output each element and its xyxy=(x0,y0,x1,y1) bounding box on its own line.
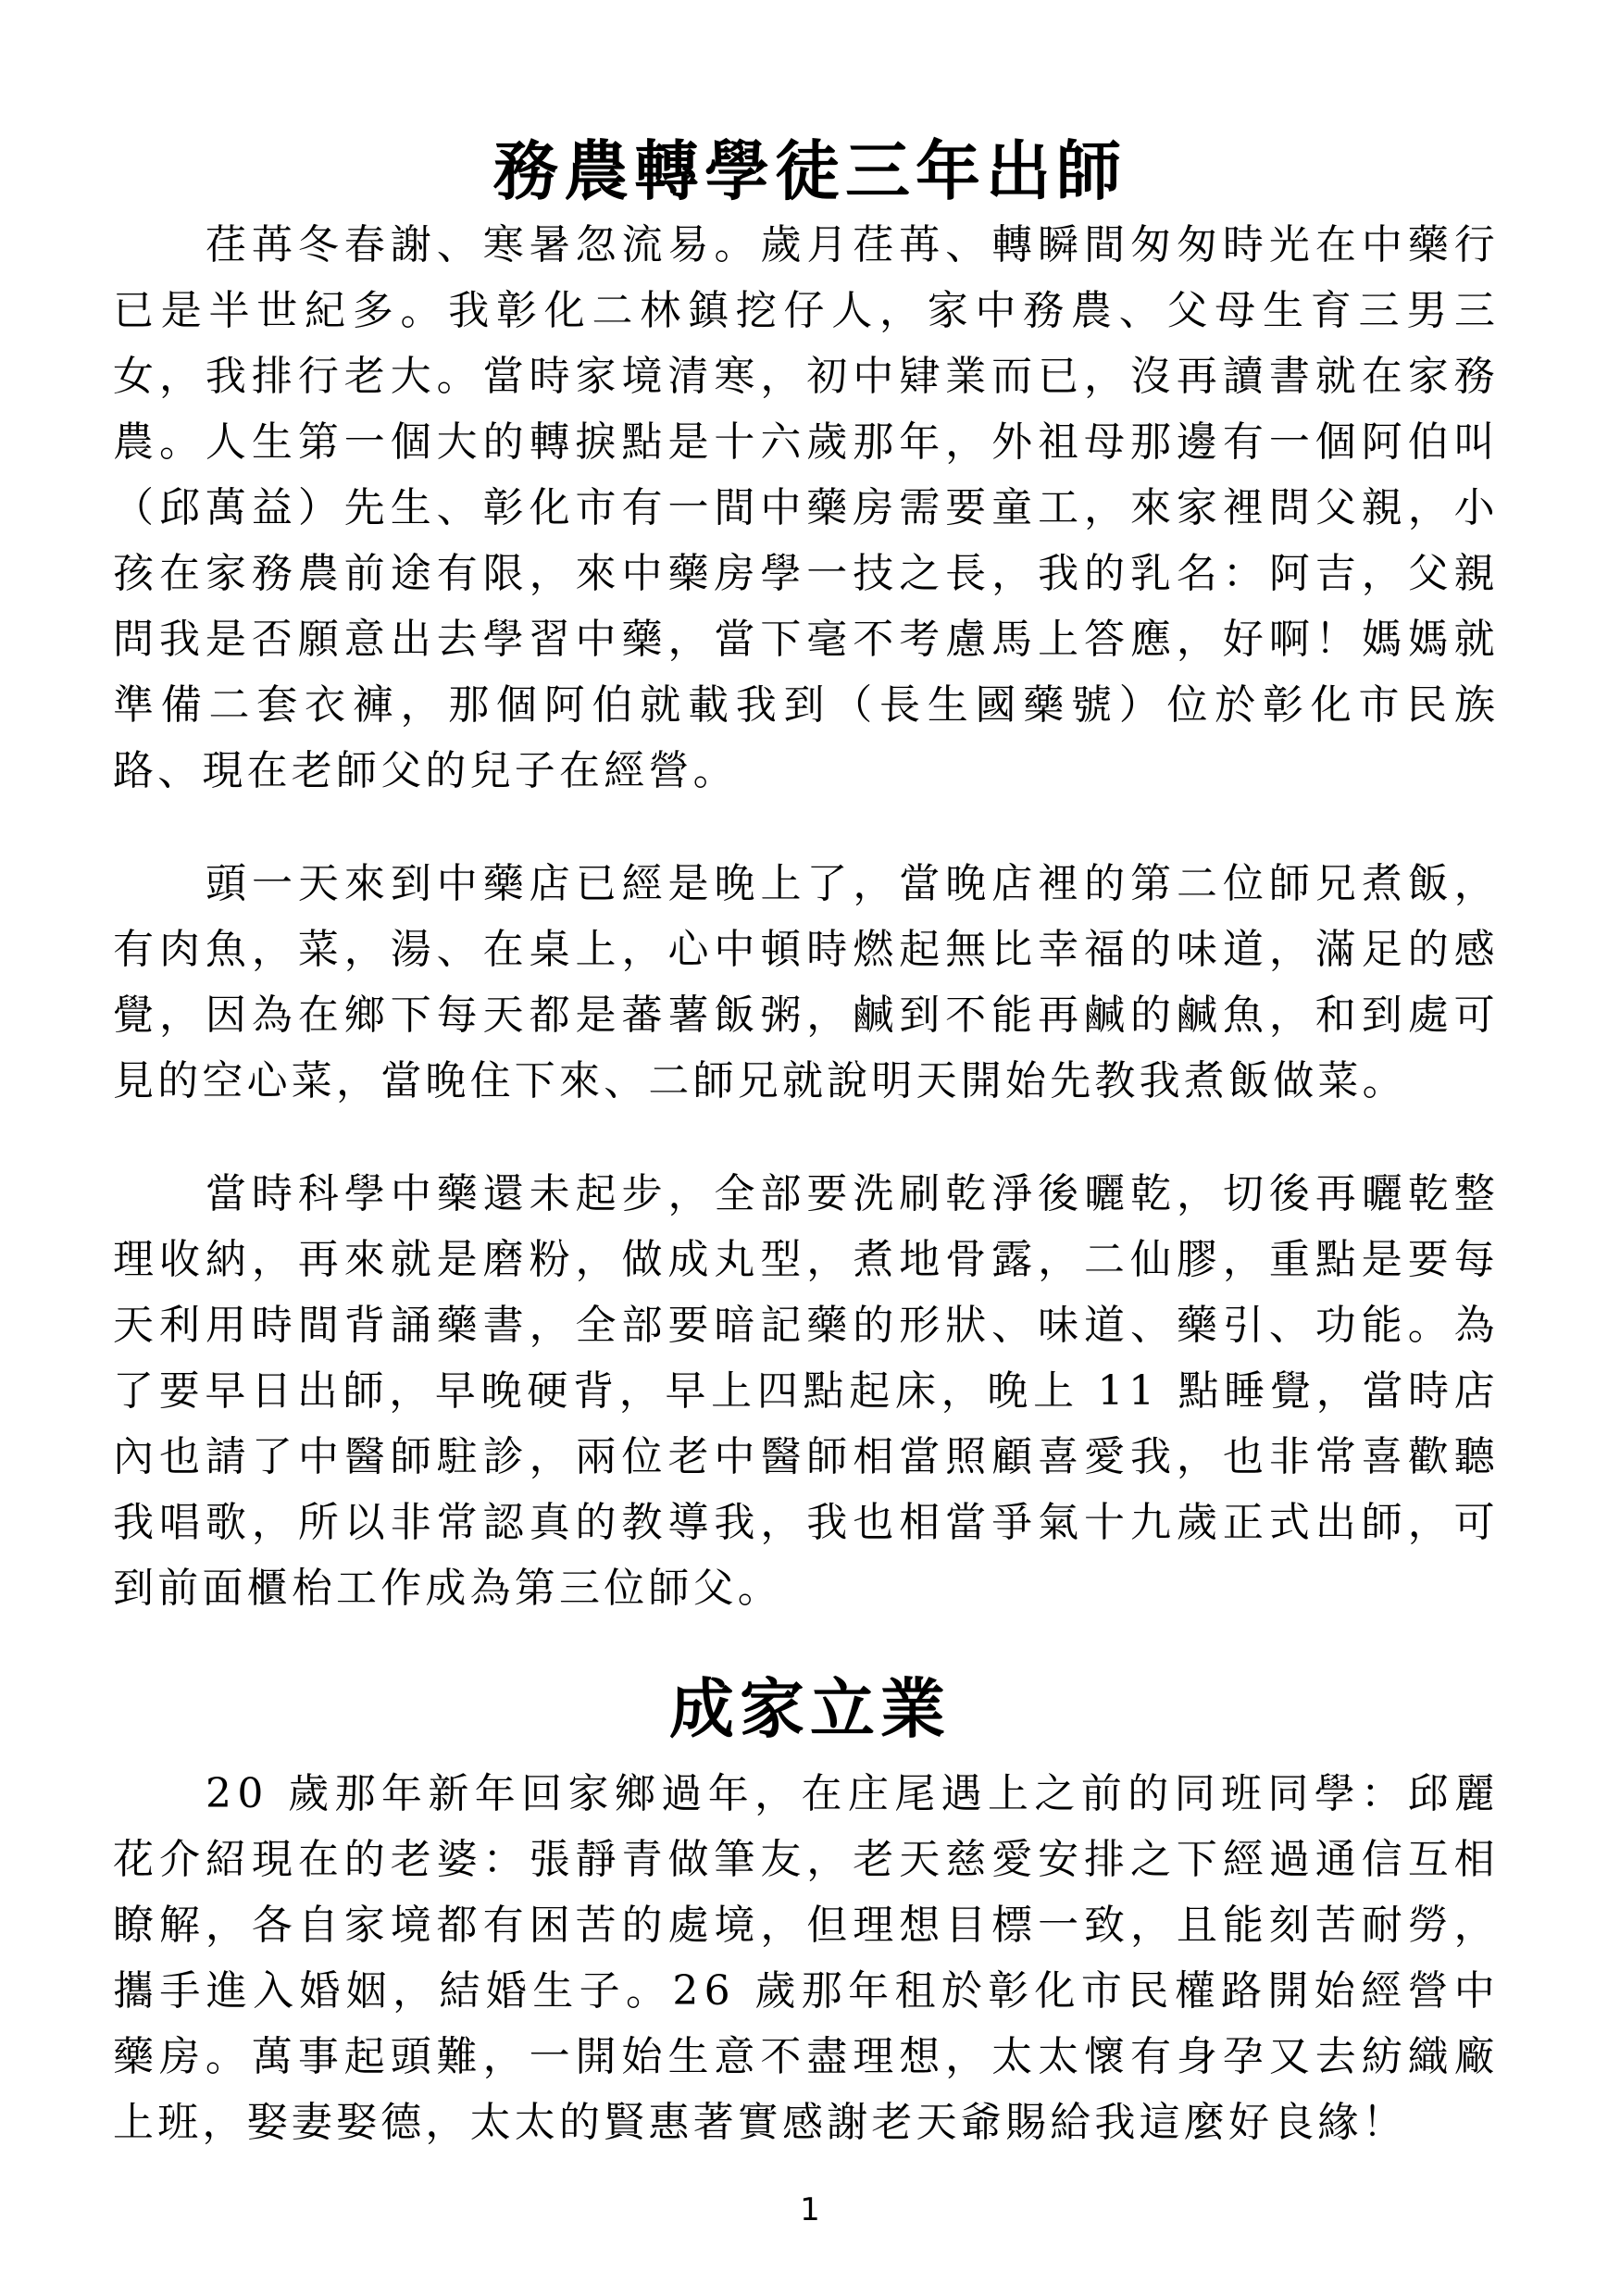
section-title: 務農轉學徒三年出師 xyxy=(0,134,1620,208)
paragraph-line: 上班，娶妻娶德，太太的賢惠著實感謝老天爺賜給我這麼好良緣！ xyxy=(113,2095,1495,2151)
paragraph-line: 到前面櫃枱工作成為第三位師父。 xyxy=(113,1561,1495,1616)
paragraph-line: 天利用時間背誦藥書，全部要暗記藥的形狀、味道、藥引、功能。為 xyxy=(113,1298,1495,1354)
paragraph-line: 了要早日出師，早晚硬背，早上四點起床，晚上 11 點睡覺，當時店 xyxy=(113,1364,1495,1419)
paragraph-line: 瞭解，各自家境都有困苦的處境，但理想目標一致，且能刻苦耐勞， xyxy=(113,1898,1495,1953)
paragraph-line: 見的空心菜，當晚住下來、二師兄就說明天開始先教我煮飯做菜。 xyxy=(113,1054,1495,1109)
paragraph-line: 覺，因為在鄉下每天都是蕃薯飯粥，鹹到不能再鹹的鹹魚，和到處可 xyxy=(113,988,1495,1043)
page-number: 1 xyxy=(0,2191,1620,2228)
paragraph-line: 問我是否願意出去學習中藥，當下毫不考慮馬上答應，好啊！媽媽就 xyxy=(113,612,1495,668)
paragraph-line: 20 歲那年新年回家鄉過年，在庄尾遇上之前的同班同學：邱麗 xyxy=(206,1766,1495,1822)
paragraph-line: 路、現在老師父的兒子在經營。 xyxy=(113,743,1495,799)
paragraph-line: 花介紹現在的老婆：張靜青做筆友，老天慈愛安排之下經過通信互相 xyxy=(113,1832,1495,1888)
document-page: 務農轉學徒三年出師 荏苒冬春謝、寒暑忽流易。歲月荏苒、轉瞬間匆匆時光在中藥行 已… xyxy=(0,0,1620,2296)
paragraph-line: 我唱歌，所以非常認真的教導我，我也相當爭氣十九歲正式出師，可 xyxy=(113,1495,1495,1551)
paragraph-line: 藥房。萬事起頭難，一開始生意不盡理想，太太懷有身孕又去紡織廠 xyxy=(113,2029,1495,2085)
paragraph-line: 準備二套衣褲，那個阿伯就載我到（長生國藥號）位於彰化市民族 xyxy=(113,678,1495,733)
paragraph-line: 有肉魚，菜，湯、在桌上，心中頓時燃起無比幸福的味道，滿足的感 xyxy=(113,922,1495,978)
paragraph-line: 荏苒冬春謝、寒暑忽流易。歲月荏苒、轉瞬間匆匆時光在中藥行 xyxy=(206,218,1495,273)
paragraph-line: 頭一天來到中藥店已經是晚上了，當晚店裡的第二位師兄煮飯， xyxy=(206,856,1495,912)
paragraph-line: 當時科學中藥還未起步，全部要洗刷乾淨後曬乾，切後再曬乾整 xyxy=(206,1167,1495,1222)
paragraph-line: 理收納，再來就是磨粉，做成丸型，煮地骨露，二仙膠，重點是要每 xyxy=(113,1232,1495,1288)
paragraph-line: 內也請了中醫師駐診，兩位老中醫師相當照顧喜愛我，也非常喜歡聽 xyxy=(113,1429,1495,1485)
paragraph-line: 女，我排行老大。當時家境清寒，初中肄業而已，沒再讀書就在家務 xyxy=(113,349,1495,405)
paragraph-line: 孩在家務農前途有限，來中藥房學一技之長，我的乳名：阿吉，父親 xyxy=(113,546,1495,602)
paragraph-line: （邱萬益）先生、彰化市有一間中藥房需要童工，來家裡問父親，小 xyxy=(113,480,1495,536)
section-title: 成家立業 xyxy=(0,1672,1620,1746)
paragraph-line: 攜手進入婚姻，結婚生子。26 歲那年租於彰化市民權路開始經營中 xyxy=(113,1964,1495,2019)
paragraph-line: 已是半世紀多。我彰化二林鎮挖仔人，家中務農、父母生育三男三 xyxy=(113,283,1495,339)
paragraph-line: 農。人生第一個大的轉捩點是十六歲那年，外祖母那邊有一個阿伯叫 xyxy=(113,415,1495,470)
